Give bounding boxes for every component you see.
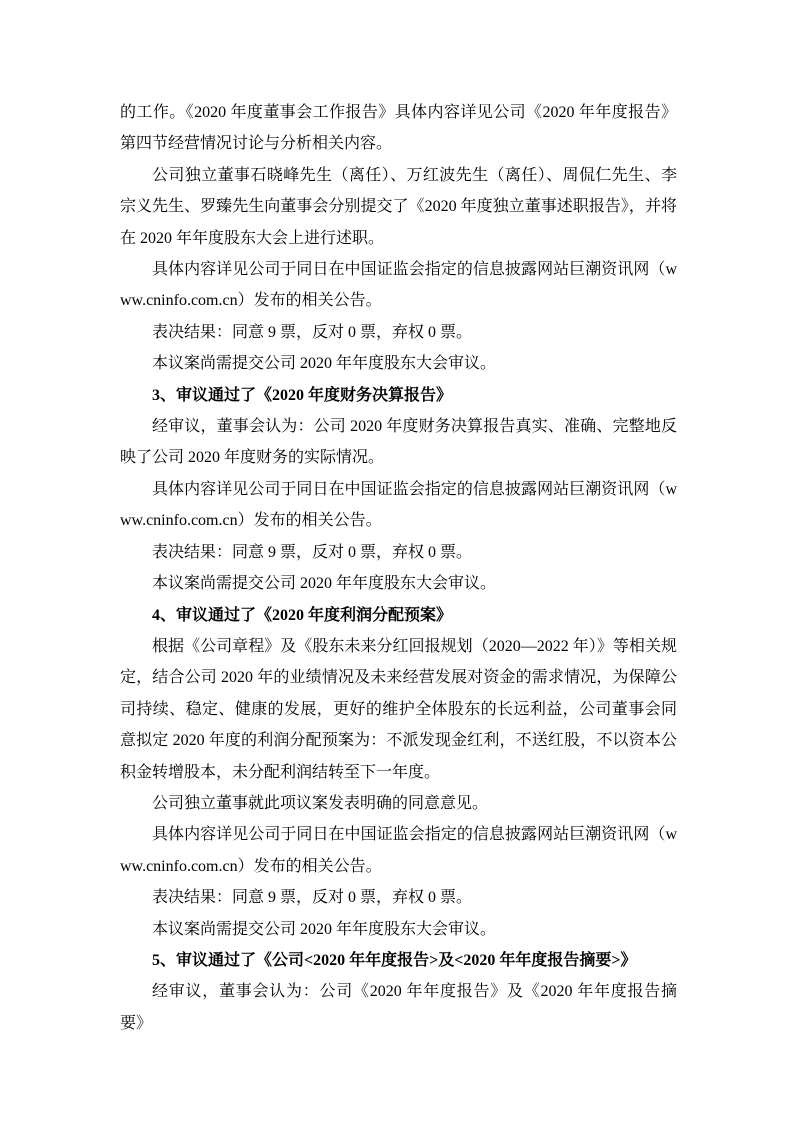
paragraph: 表决结果：同意 9 票，反对 0 票，弃权 0 票。	[120, 537, 677, 568]
paragraph: 表决结果：同意 9 票，反对 0 票，弃权 0 票。	[120, 882, 677, 913]
paragraph: 本议案尚需提交公司 2020 年年度股东大会审议。	[120, 348, 677, 379]
paragraph: 本议案尚需提交公司 2020 年年度股东大会审议。	[120, 568, 677, 599]
section-heading: 5、审议通过了《公司<2020 年年度报告>及<2020 年年度报告摘要>》	[120, 945, 677, 976]
paragraph: 公司独立董事石晓峰先生（离任）、万红波先生（离任）、周侃仁先生、李宗义先生、罗臻…	[120, 160, 677, 254]
paragraph: 本议案尚需提交公司 2020 年年度股东大会审议。	[120, 914, 677, 945]
paragraph: 具体内容详见公司于同日在中国证监会指定的信息披露网站巨潮资讯网（www.cnin…	[120, 254, 677, 317]
paragraph: 具体内容详见公司于同日在中国证监会指定的信息披露网站巨潮资讯网（www.cnin…	[120, 474, 677, 537]
section-heading: 3、审议通过了《2020 年度财务决算报告》	[120, 380, 677, 411]
paragraph: 经审议，董事会认为：公司《2020 年年度报告》及《2020 年年度报告摘要》	[120, 976, 677, 1039]
paragraph: 公司独立董事就此项议案发表明确的同意意见。	[120, 788, 677, 819]
paragraph: 的工作。《2020 年度董事会工作报告》具体内容详见公司《2020 年年度报告》…	[120, 97, 677, 160]
paragraph: 根据《公司章程》及《股东未来分红回报规划（2020—2022 年）》等相关规定，…	[120, 631, 677, 788]
section-heading: 4、审议通过了《2020 年度利润分配预案》	[120, 600, 677, 631]
paragraph: 经审议，董事会认为：公司 2020 年度财务决算报告真实、准确、完整地反映了公司…	[120, 411, 677, 474]
document-page: 的工作。《2020 年度董事会工作报告》具体内容详见公司《2020 年年度报告》…	[0, 0, 793, 1122]
paragraph: 具体内容详见公司于同日在中国证监会指定的信息披露网站巨潮资讯网（www.cnin…	[120, 819, 677, 882]
paragraph: 表决结果：同意 9 票，反对 0 票，弃权 0 票。	[120, 317, 677, 348]
document-body: 的工作。《2020 年度董事会工作报告》具体内容详见公司《2020 年年度报告》…	[120, 97, 677, 1039]
